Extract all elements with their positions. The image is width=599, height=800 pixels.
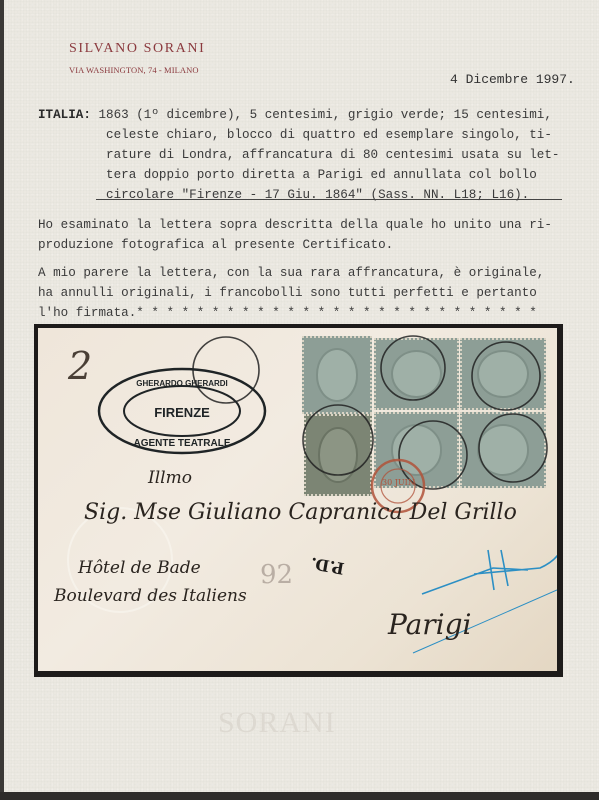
description-line: celeste chiaro, blocco di quattro ed ese… <box>38 128 552 142</box>
opinion-paragraph: A mio parere la lettera, con la sua rara… <box>38 263 544 323</box>
svg-text:GHERARDO GHERARDI: GHERARDO GHERARDI <box>136 379 228 388</box>
description-underline <box>96 199 562 200</box>
description-line: tera doppio porto diretta a Parigi ed an… <box>38 168 537 182</box>
red-postmark-date: 30 JUIN <box>382 478 415 487</box>
expert-name: SILVANO SORANI <box>69 41 205 57</box>
handwritten-salutation: Illmo <box>148 468 192 488</box>
pencil-note: 92 <box>260 560 293 590</box>
expert-address: VIA WASHINGTON, 74 - MILANO <box>69 65 205 75</box>
paragraph-line: l'ho firmata.* * * * * * * * * * * * * *… <box>38 306 537 320</box>
country-label: ITALIA: <box>38 108 91 122</box>
handwritten-addressee: Sig. Mse Giuliano Capranica Del Grillo <box>84 500 517 525</box>
svg-text:P.D.: P.D. <box>309 554 346 579</box>
description-line: 1863 (1º dicembre), 5 centesimi, grigio … <box>91 108 552 122</box>
description-line: rature di Londra, affrancatura di 80 cen… <box>38 148 559 162</box>
description-paragraph: ITALIA: 1863 (1º dicembre), 5 centesimi,… <box>38 105 559 205</box>
paragraph-line: Ho esaminato la lettera sopra descritta … <box>38 218 552 232</box>
handwritten-city: Parigi <box>388 608 472 641</box>
paper-bottom-edge <box>0 792 599 800</box>
letter-photo-frame: FIRENZE GHERARDO GHERARDI AGENTE TEATRAL… <box>34 324 563 677</box>
sorani-watermark: SORANI <box>218 706 336 740</box>
certificate-date: 4 Dicembre 1997. <box>450 72 575 87</box>
letterhead: SILVANO SORANI VIA WASHINGTON, 74 - MILA… <box>69 41 205 75</box>
handwritten-boulevard: Boulevard des Italiens <box>54 586 247 606</box>
paragraph-line: produzione fotografica al presente Certi… <box>38 238 393 252</box>
paragraph-line: A mio parere la lettera, con la sua rara… <box>38 266 544 280</box>
svg-text:FIRENZE: FIRENZE <box>154 405 210 420</box>
examination-paragraph: Ho esaminato la lettera sopra descritta … <box>38 215 552 255</box>
letter-photo: FIRENZE GHERARDO GHERARDI AGENTE TEATRAL… <box>38 328 557 671</box>
svg-text:AGENTE TEATRALE: AGENTE TEATRALE <box>133 438 230 449</box>
handwritten-mark: 2 <box>68 344 92 388</box>
handwritten-hotel: Hôtel de Bade <box>78 558 201 578</box>
paragraph-line: ha annulli originali, i francobolli sono… <box>38 286 537 300</box>
